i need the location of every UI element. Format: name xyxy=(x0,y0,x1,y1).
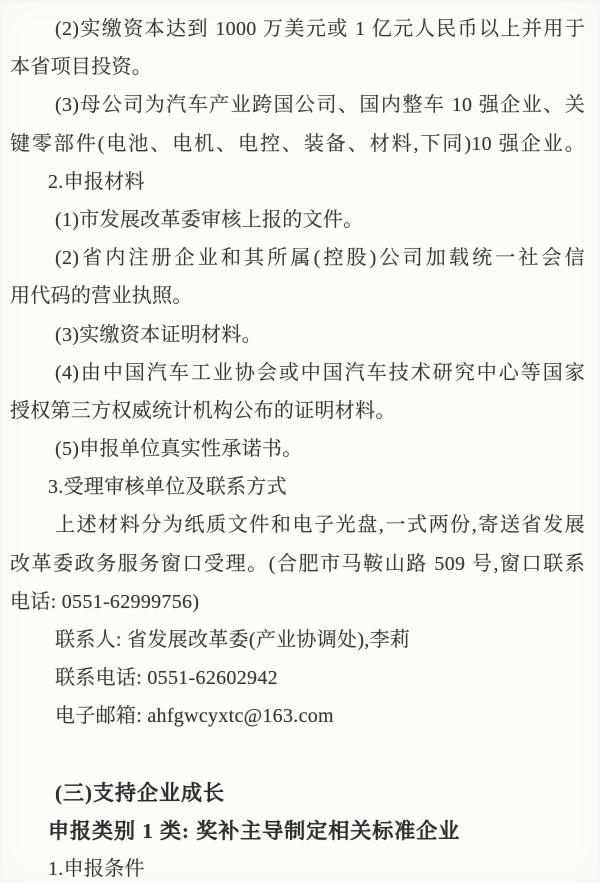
heading-declaration-category-1: 申报类别 1 类: 奖补主导制定相关标准企业 xyxy=(10,812,585,850)
line-item-5-commitment: (5)申报单位真实性承诺书。 xyxy=(10,430,585,468)
heading-support-enterprise-growth: (三)支持企业成长 xyxy=(10,774,585,812)
line-delivery-note-cont: 改革委政务服务窗口受理。(合肥市马鞍山路 509 号,窗口联系 xyxy=(10,545,585,583)
line-item-2-license-cont: 用代码的营业执照。 xyxy=(10,277,585,315)
line-delivery-note: 上述材料分为纸质文件和电子光盘,一式两份,寄送省发展 xyxy=(10,506,585,544)
line-contact-phone: 联系电话: 0551-62602942 xyxy=(10,659,585,697)
line-parent-company-cont: 键零部件(电池、电机、电控、装备、材料,下同)10 强企业。 xyxy=(10,125,585,163)
line-item-3-capital-proof: (3)实缴资本证明材料。 xyxy=(10,316,585,354)
document-page: (2)实缴资本达到 1000 万美元或 1 亿元人民币以上并用于 本省项目投资。… xyxy=(0,0,600,883)
line-item-2-license: (2)省内注册企业和其所属(控股)公司加载统一社会信 xyxy=(10,239,585,277)
line-paid-capital: (2)实缴资本达到 1000 万美元或 1 亿元人民币以上并用于 xyxy=(10,10,585,48)
line-window-phone: 电话: 0551-62999756) xyxy=(10,583,585,621)
line-parent-company: (3)母公司为汽车产业跨国公司、国内整车 10 强企业、关 xyxy=(10,86,585,124)
line-item-4-certification-cont: 授权第三方权威统计机构公布的证明材料。 xyxy=(10,392,585,430)
blank-line xyxy=(10,736,585,774)
line-contact-email: 电子邮箱: ahfgwcyxtc@163.com xyxy=(10,697,585,735)
line-item-1-file: (1)市发展改革委审核上报的文件。 xyxy=(10,201,585,239)
line-section-3-contact: 3.受理审核单位及联系方式 xyxy=(10,468,585,506)
line-section-1-conditions: 1.申报条件 xyxy=(10,850,585,883)
line-item-4-certification: (4)由中国汽车工业协会或中国汽车技术研究中心等国家 xyxy=(10,354,585,392)
line-paid-capital-cont: 本省项目投资。 xyxy=(10,48,585,86)
line-contact-person: 联系人: 省发展改革委(产业协调处),李莉 xyxy=(10,621,585,659)
document-content: (2)实缴资本达到 1000 万美元或 1 亿元人民币以上并用于 本省项目投资。… xyxy=(0,0,600,883)
line-section-2-materials: 2.申报材料 xyxy=(10,163,585,201)
